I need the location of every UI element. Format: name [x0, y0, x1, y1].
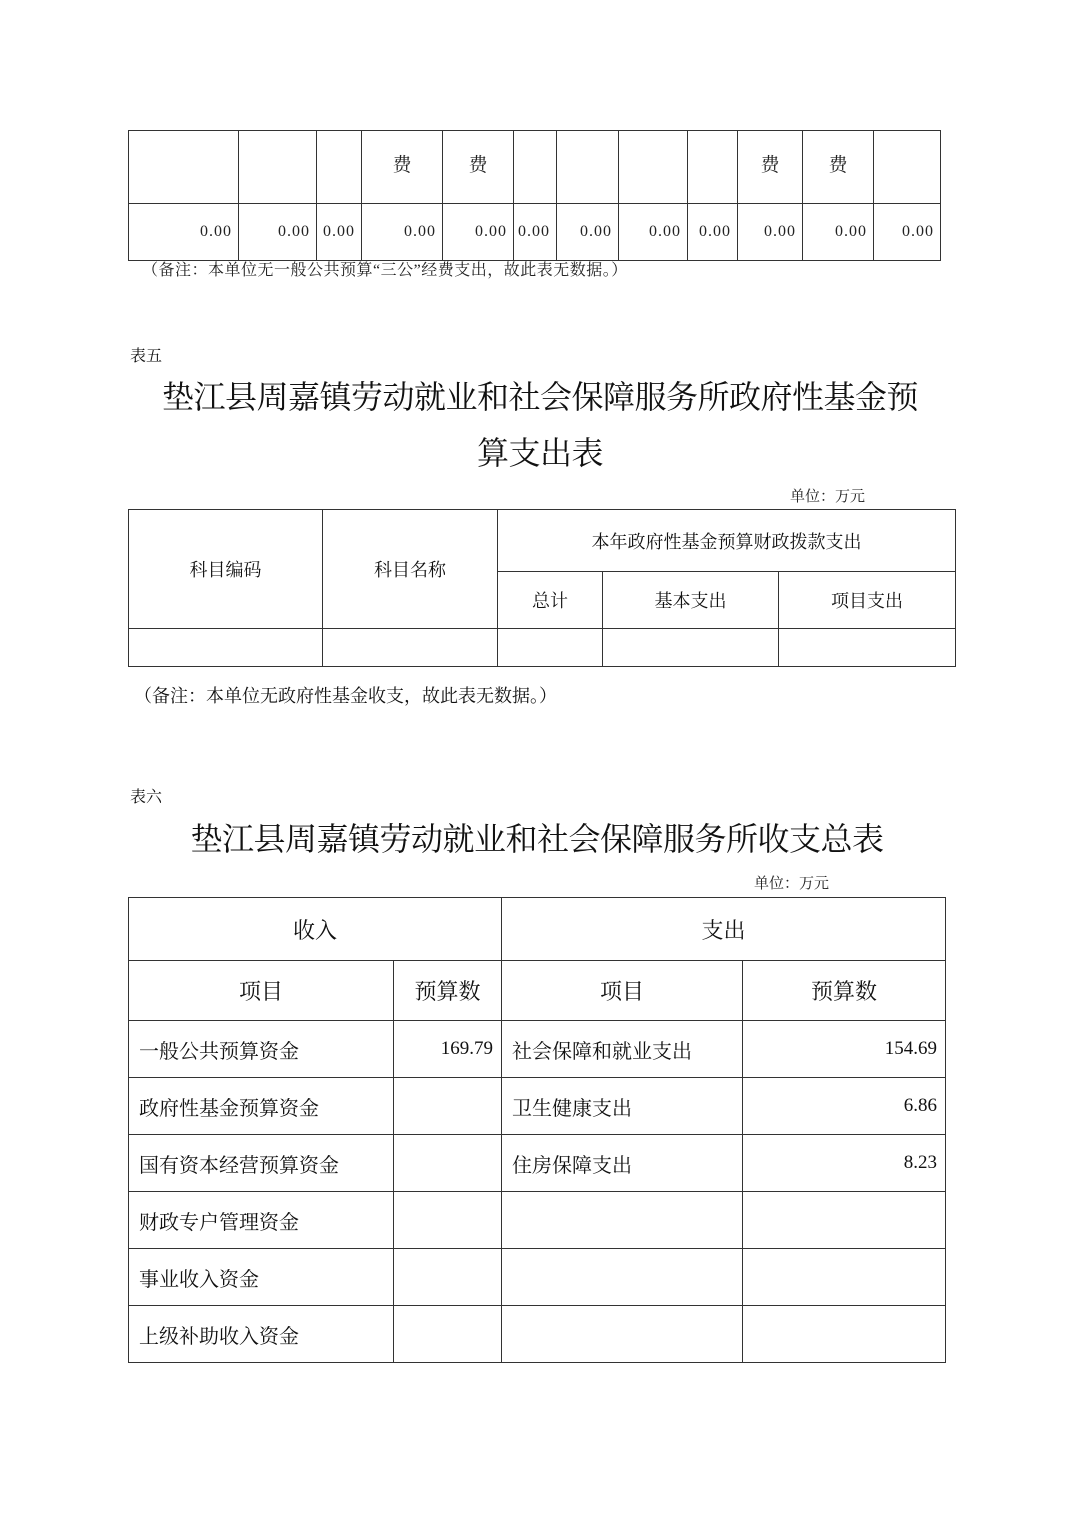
- value-cell: 0.00: [557, 204, 619, 261]
- cell-total: [498, 629, 603, 667]
- value-cell: 0.00: [443, 204, 514, 261]
- header-cell: 费: [803, 131, 874, 204]
- table5-unit: 单位：万元: [790, 485, 865, 506]
- header-cell: [514, 131, 557, 204]
- header-income: 收入: [129, 898, 502, 961]
- income-budget: [394, 1249, 502, 1306]
- value-cell: 0.00: [514, 204, 557, 261]
- header-cell: [129, 131, 239, 204]
- header-total: 总计: [498, 572, 603, 629]
- value-cell: 0.00: [803, 204, 874, 261]
- income-item: 一般公共预算资金: [129, 1021, 394, 1078]
- government-fund-expense-table: 科目编码 科目名称 本年政府性基金预算财政拨款支出 总计 基本支出 项目支出: [128, 509, 956, 667]
- header-expense-item: 项目: [502, 961, 743, 1021]
- header-income-budget: 预算数: [394, 961, 502, 1021]
- header-subject-code: 科目编码: [129, 510, 323, 629]
- expense-item: [502, 1306, 743, 1363]
- cell-project: [779, 629, 956, 667]
- header-basic-expense: 基本支出: [603, 572, 779, 629]
- income-budget: [394, 1192, 502, 1249]
- header-fund-expense-group: 本年政府性基金预算财政拨款支出: [498, 510, 956, 572]
- table-subheader-row: 项目 预算数 项目 预算数: [129, 961, 946, 1021]
- expense-budget: [743, 1192, 946, 1249]
- header-cell: [557, 131, 619, 204]
- three-public-expense-table-fragment: 费 费 费 费 0.00 0.00 0.00 0.00 0.00 0.00 0.…: [128, 130, 941, 261]
- expense-item: [502, 1249, 743, 1306]
- table6-title: 垫江县周嘉镇劳动就业和社会保障服务所收支总表: [100, 814, 974, 860]
- value-cell: 0.00: [738, 204, 803, 261]
- table-header-row: 科目编码 科目名称 本年政府性基金预算财政拨款支出: [129, 510, 956, 572]
- table-row: 财政专户管理资金: [129, 1192, 946, 1249]
- table4-note: （备注：本单位无一般公共预算“三公”经费支出，故此表无数据。）: [142, 257, 628, 280]
- expense-budget: [743, 1249, 946, 1306]
- income-budget: [394, 1135, 502, 1192]
- income-item: 上级补助收入资金: [129, 1306, 394, 1363]
- header-subject-name: 科目名称: [323, 510, 498, 629]
- income-item: 政府性基金预算资金: [129, 1078, 394, 1135]
- table-row: 上级补助收入资金: [129, 1306, 946, 1363]
- cell-name: [323, 629, 498, 667]
- value-cell: 0.00: [619, 204, 688, 261]
- income-item: 财政专户管理资金: [129, 1192, 394, 1249]
- table-header-row: 收入 支出: [129, 898, 946, 961]
- header-cell: [619, 131, 688, 204]
- header-cell: [317, 131, 362, 204]
- table6-label: 表六: [130, 784, 162, 807]
- table-header-row: 费 费 费 费: [129, 131, 941, 204]
- header-cell: 费: [362, 131, 443, 204]
- table-row: 0.00 0.00 0.00 0.00 0.00 0.00 0.00 0.00 …: [129, 204, 941, 261]
- table5-title-line1: 垫江县周嘉镇劳动就业和社会保障服务所政府性基金预: [100, 372, 980, 418]
- header-cell: [688, 131, 738, 204]
- income-item: 事业收入资金: [129, 1249, 394, 1306]
- header-project-expense: 项目支出: [779, 572, 956, 629]
- header-cell: [239, 131, 317, 204]
- table5-label: 表五: [130, 343, 162, 366]
- expense-budget: 154.69: [743, 1021, 946, 1078]
- table5-title-line2: 算支出表: [100, 428, 980, 474]
- cell-code: [129, 629, 323, 667]
- table-row: 事业收入资金: [129, 1249, 946, 1306]
- value-cell: 0.00: [688, 204, 738, 261]
- value-cell: 0.00: [239, 204, 317, 261]
- header-expense: 支出: [502, 898, 946, 961]
- income-budget: 169.79: [394, 1021, 502, 1078]
- header-income-item: 项目: [129, 961, 394, 1021]
- header-cell: 费: [738, 131, 803, 204]
- table6-unit: 单位：万元: [754, 872, 829, 893]
- income-expense-summary-table: 收入 支出 项目 预算数 项目 预算数 一般公共预算资金 169.79 社会保障…: [128, 897, 946, 1363]
- value-cell: 0.00: [129, 204, 239, 261]
- expense-item: 社会保障和就业支出: [502, 1021, 743, 1078]
- expense-item: [502, 1192, 743, 1249]
- table-row: 政府性基金预算资金 卫生健康支出 6.86: [129, 1078, 946, 1135]
- header-cell: [874, 131, 941, 204]
- expense-budget: [743, 1306, 946, 1363]
- expense-item: 住房保障支出: [502, 1135, 743, 1192]
- value-cell: 0.00: [317, 204, 362, 261]
- value-cell: 0.00: [874, 204, 941, 261]
- expense-budget: 6.86: [743, 1078, 946, 1135]
- income-budget: [394, 1306, 502, 1363]
- cell-basic: [603, 629, 779, 667]
- header-expense-budget: 预算数: [743, 961, 946, 1021]
- table5-note: （备注：本单位无政府性基金收支，故此表无数据。）: [134, 682, 557, 708]
- expense-item: 卫生健康支出: [502, 1078, 743, 1135]
- table-row: [129, 629, 956, 667]
- income-budget: [394, 1078, 502, 1135]
- table-row: 国有资本经营预算资金 住房保障支出 8.23: [129, 1135, 946, 1192]
- header-cell: 费: [443, 131, 514, 204]
- value-cell: 0.00: [362, 204, 443, 261]
- income-item: 国有资本经营预算资金: [129, 1135, 394, 1192]
- table-row: 一般公共预算资金 169.79 社会保障和就业支出 154.69: [129, 1021, 946, 1078]
- expense-budget: 8.23: [743, 1135, 946, 1192]
